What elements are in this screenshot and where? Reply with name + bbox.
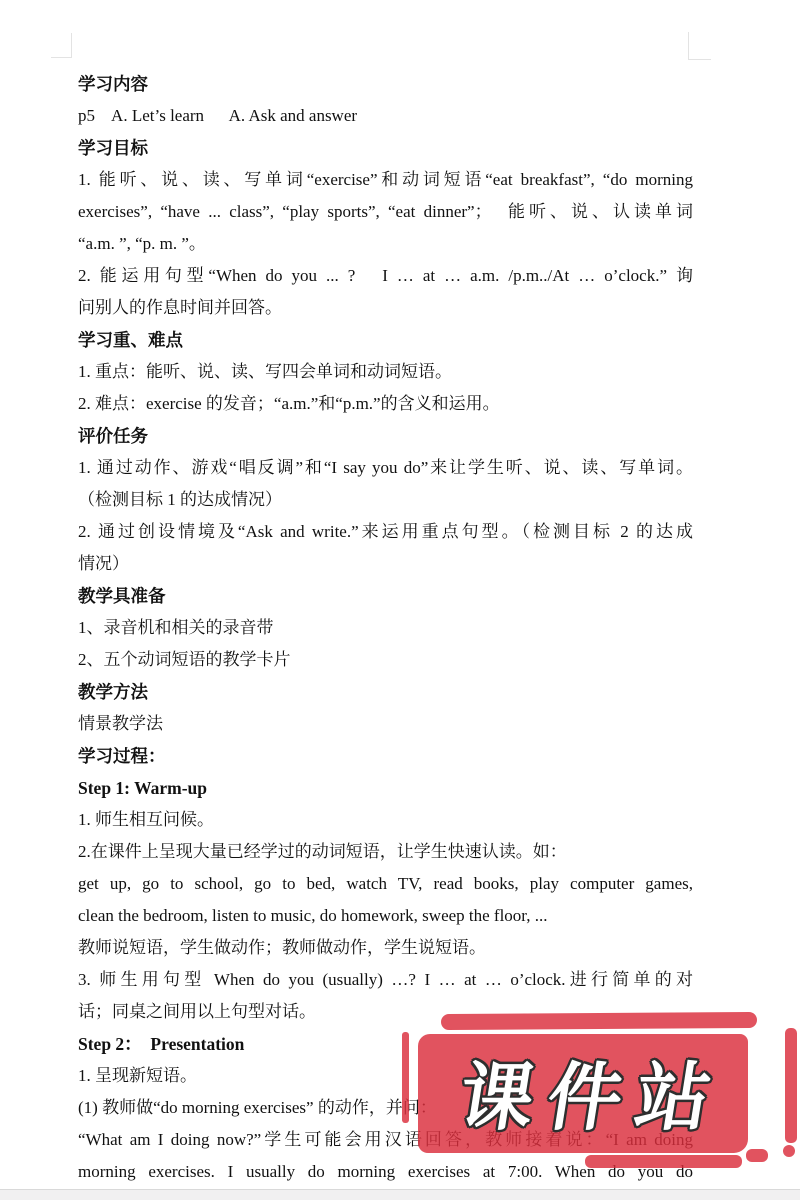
document-page: 学习内容p5 A. Let’s learn A. Ask and answer学… [0,0,800,1200]
text-line: 情况） [78,548,693,580]
text-line: 2、五个动词短语的教学卡片 [78,644,693,676]
heading-line: 学习内容 [78,68,693,100]
text-line: 2.在课件上呈现大量已经学过的动词短语，让学生快速认读。如： [78,836,693,868]
text-line: 2. 难点：exercise 的发音；“a.m.”和“p.m.”的含义和运用。 [78,388,693,420]
heading-line: 教学具准备 [78,580,693,612]
heading-line: Step 1: Warm-up [78,772,693,804]
heading-line: 教学方法 [78,676,693,708]
stamp-ink-dot [783,1145,795,1157]
heading-line: Step 2： Presentation [78,1028,693,1060]
heading-line: 学习过程： [78,740,693,772]
text-line: 2. 能运用句型“When do you ... ? I … at … a.m.… [78,260,693,292]
text-line: 情景教学法 [78,708,693,740]
text-line: 1、录音机和相关的录音带 [78,612,693,644]
text-line: clean the bedroom, listen to music, do h… [78,900,693,932]
crop-mark-top-right [688,59,711,60]
page-gap-strip [0,1189,800,1200]
text-line: 教师说短语，学生做动作；教师做动作，学生说短语。 [78,932,693,964]
text-line: 1. 重点：能听、说、读、写四会单词和动词短语。 [78,356,693,388]
text-line: 1. 师生相互问候。 [78,804,693,836]
stamp-ink-blob [746,1149,768,1162]
text-line: （检测目标 1 的达成情况） [78,484,693,516]
text-line: “a.m. ”, “p. m. ”。 [78,228,693,260]
text-line: 1. 通过动作、游戏“唱反调”和“I say you do”来让学生听、说、读、… [78,452,693,484]
stamp-border-right [785,1028,797,1143]
text-line: (1) 教师做“do morning exercises” 的动作，并问： [78,1092,693,1124]
text-line: p5 A. Let’s learn A. Ask and answer [78,100,693,132]
text-line: exercises”, “have ... class”, “play spor… [78,196,693,228]
text-line: 3. 师生用句型 When do you (usually) …? I … at… [78,964,693,996]
text-line: 话；同桌之间用以上句型对话。 [78,996,693,1028]
heading-line: 评价任务 [78,420,693,452]
text-line: morning exercises. I usually do morning … [78,1156,693,1188]
crop-mark-top-right [688,32,689,60]
text-line: get up, go to school, go to bed, watch T… [78,868,693,900]
text-line: “What am I doing now?”学生可能会用汉语回答，教师接着说：“… [78,1124,693,1156]
text-line: 问别人的作息时间并回答。 [78,292,693,324]
text-line: 2. 通过创设情境及“Ask and write.”来运用重点句型。（检测目标 … [78,516,693,548]
heading-line: 学习目标 [78,132,693,164]
heading-line: 学习重、难点 [78,324,693,356]
crop-mark-top-left [51,57,72,58]
text-line: 1. 呈现新短语。 [78,1060,693,1092]
crop-mark-top-left [71,33,72,58]
document-body: 学习内容p5 A. Let’s learn A. Ask and answer学… [78,68,693,1188]
text-line: 1. 能听、说、读、写单词“exercise”和动词短语“eat breakfa… [78,164,693,196]
